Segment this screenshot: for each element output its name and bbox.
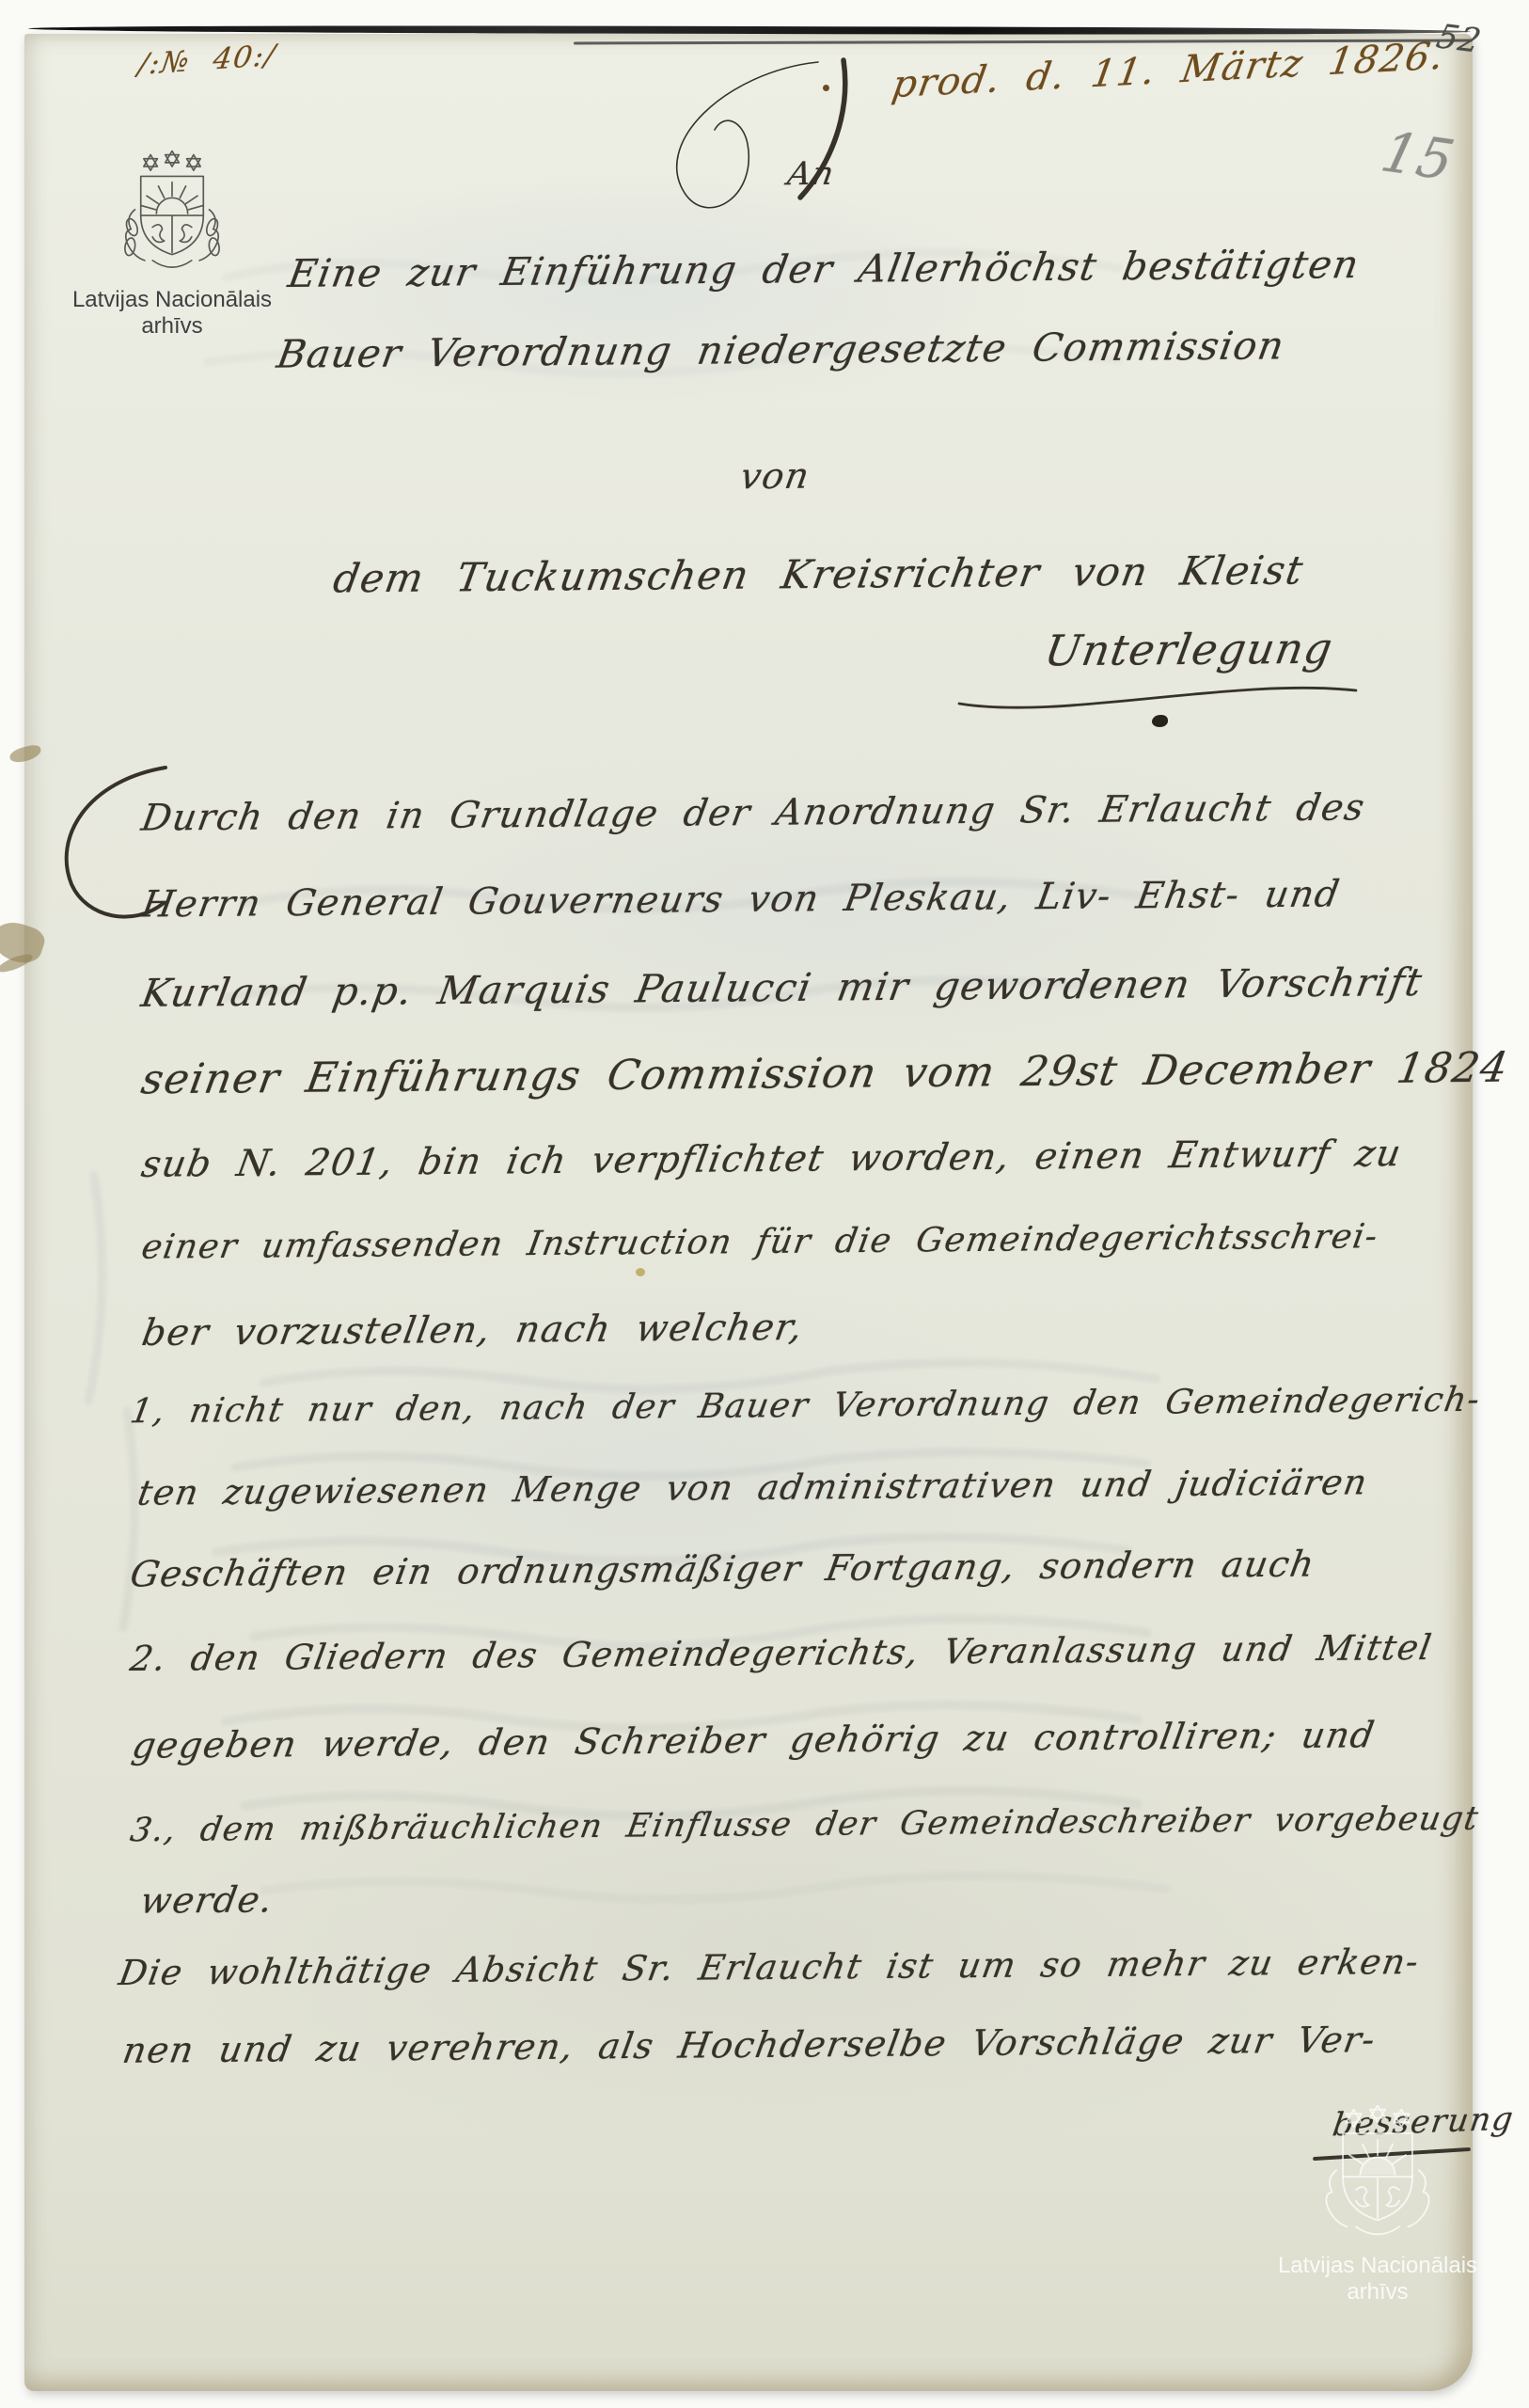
archive-name: Latvijas Nacionālais arhīvs — [55, 287, 290, 341]
salutation: An — [785, 155, 838, 193]
body-line: ber vorzustellen, nach welcher, — [139, 1307, 807, 1354]
salutation-flourish-icon — [616, 55, 870, 219]
recipient-line-1: Eine zur Einführung der Allerhöchst best… — [285, 242, 1363, 296]
watermark-name-line1: Latvijas Nacionālais — [1255, 2253, 1500, 2279]
doc-type-flourish-icon — [950, 673, 1363, 721]
ink-blot — [1152, 715, 1168, 727]
coat-of-arms-icon — [123, 150, 221, 278]
folio-number: 52 — [1432, 18, 1486, 60]
pencil-page-number: 15 — [1376, 119, 1461, 193]
preposition-von: von — [737, 455, 813, 498]
watermark-logo: Latvijas Nacionālais arhīvs — [1255, 2105, 1500, 2306]
scan-background: Latvijas Nacionālais arhīvs /:№ 40:/ pro… — [0, 0, 1529, 2408]
archive-name-line2: arhīvs — [55, 313, 290, 340]
watermark-name-line2: arhīvs — [1255, 2279, 1500, 2305]
body-line: werde. — [137, 1878, 276, 1921]
recipient-line-2: Bauer Verordnung niedergesetzte Commissi… — [274, 323, 1288, 376]
paper-speck — [823, 85, 829, 91]
archive-name-line1: Latvijas Nacionālais — [55, 287, 290, 313]
sender-line: dem Tuckumschen Kreisrichter von Kleist — [330, 547, 1307, 602]
archive-logo: Latvijas Nacionālais arhīvs — [55, 150, 290, 341]
watermark-name: Latvijas Nacionālais arhīvs — [1255, 2253, 1500, 2306]
paper-speck — [636, 1268, 645, 1276]
watermark-coat-of-arms-icon — [1321, 2105, 1434, 2246]
doc-type-heading: Unterlegung — [1041, 624, 1336, 676]
